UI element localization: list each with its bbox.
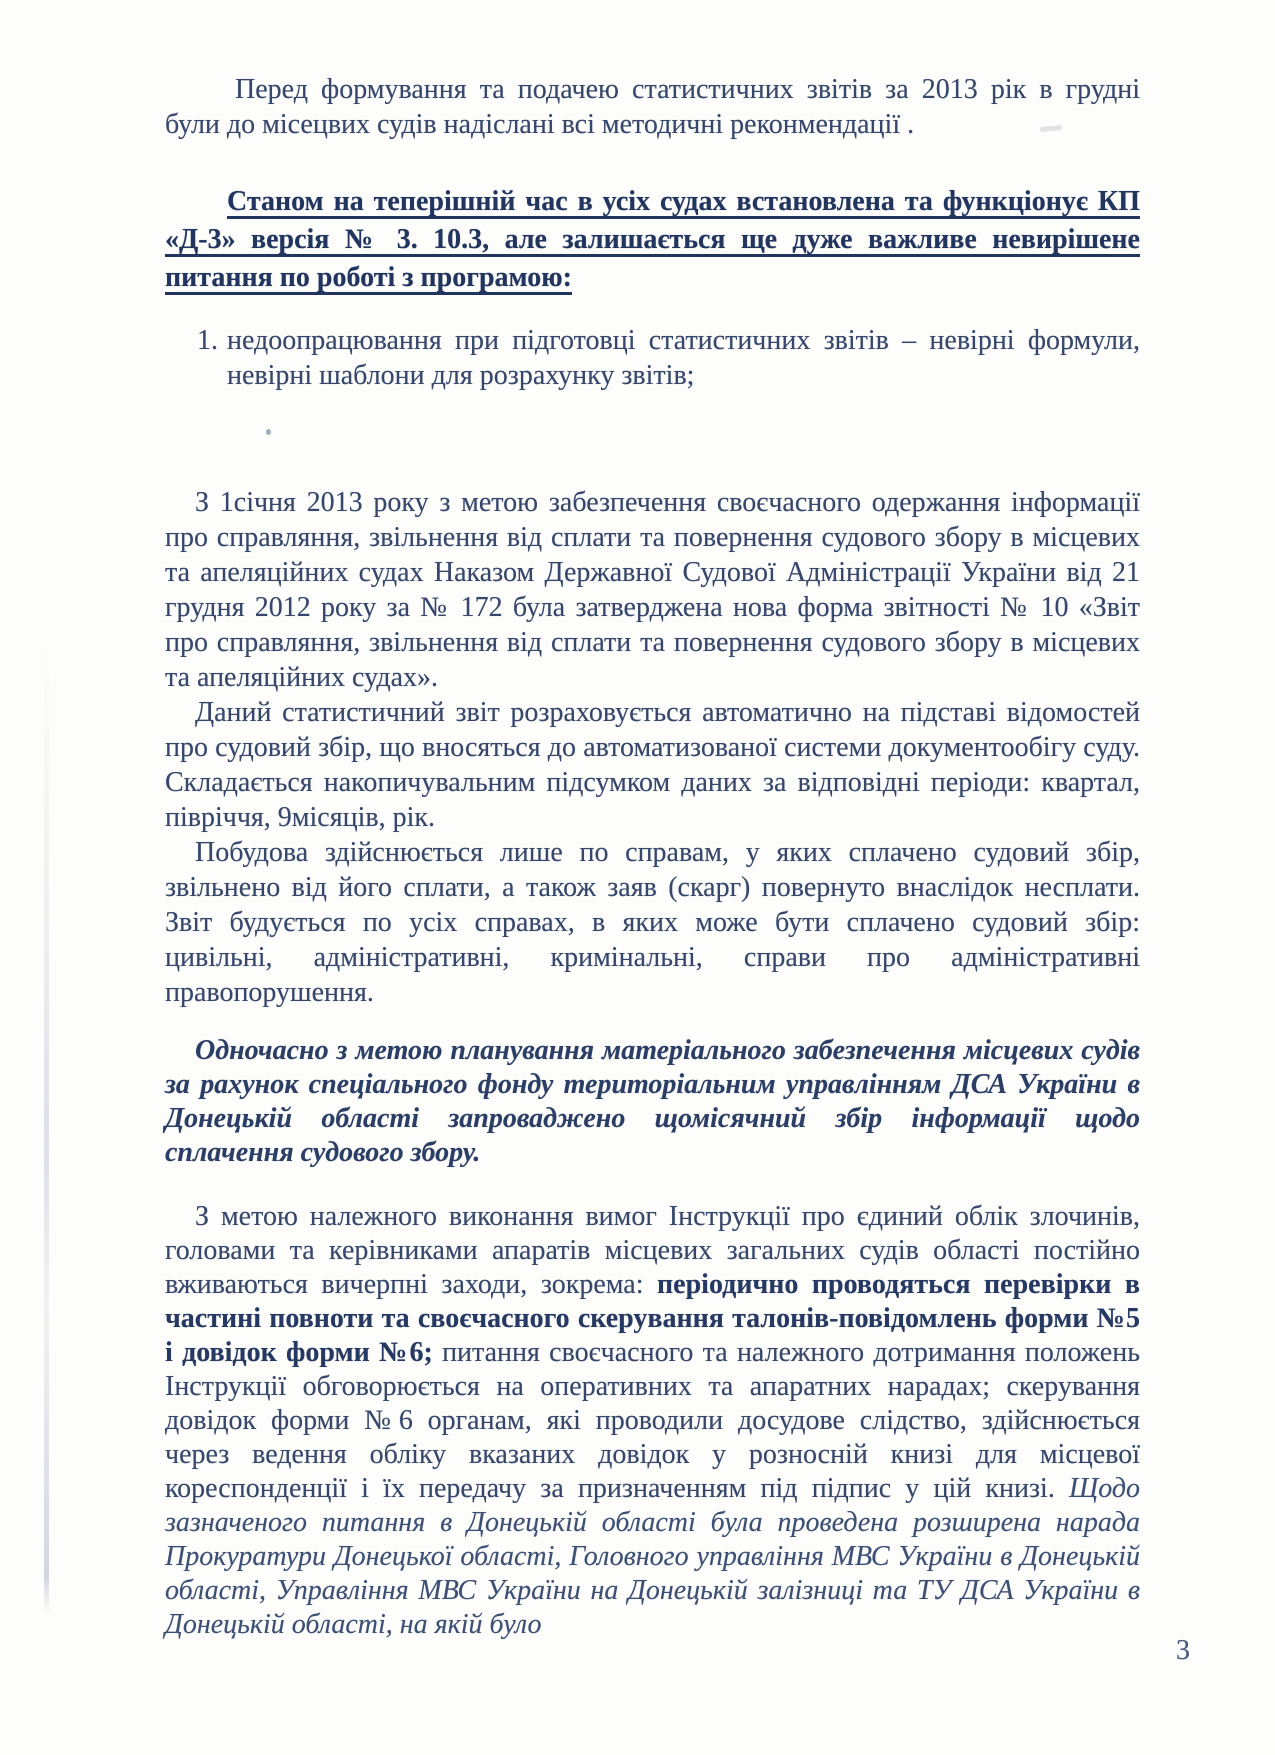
paragraph-report-scope: Побудова здійснюється лише по справам, у…: [165, 835, 1140, 1010]
document-content: Перед формування та подачею статистичних…: [165, 72, 1140, 1642]
list-item-number: 1.: [197, 323, 227, 393]
page-number: 3: [1176, 1634, 1190, 1668]
paragraph-report-auto-calculation: Даний статистичний звіт розраховується а…: [165, 695, 1140, 835]
scan-streak-artifact: [44, 640, 49, 1615]
paragraph-unified-crime-accounting: З метою належного виконання вимог Інстру…: [165, 1200, 1140, 1642]
scanned-document-page: Перед формування та подачею статистичних…: [0, 0, 1275, 1755]
section-heading-kp-d3-version: Станом на теперішній час в усіх судах вс…: [165, 183, 1140, 297]
stray-dot-artifact: [266, 429, 271, 435]
paragraph-new-report-form-10: З 1січня 2013 року з метою забезпечення …: [165, 485, 1140, 695]
paragraph-methodical-recommendations: Перед формування та подачею статистичних…: [165, 72, 1140, 142]
list-item-text: недоопрацювання при підготовці статистич…: [227, 323, 1140, 393]
paragraph-monthly-fee-collection: Одночасно з метою планування матеріально…: [165, 1034, 1140, 1170]
list-item-1: 1. недоопрацювання при підготовці статис…: [197, 323, 1140, 393]
